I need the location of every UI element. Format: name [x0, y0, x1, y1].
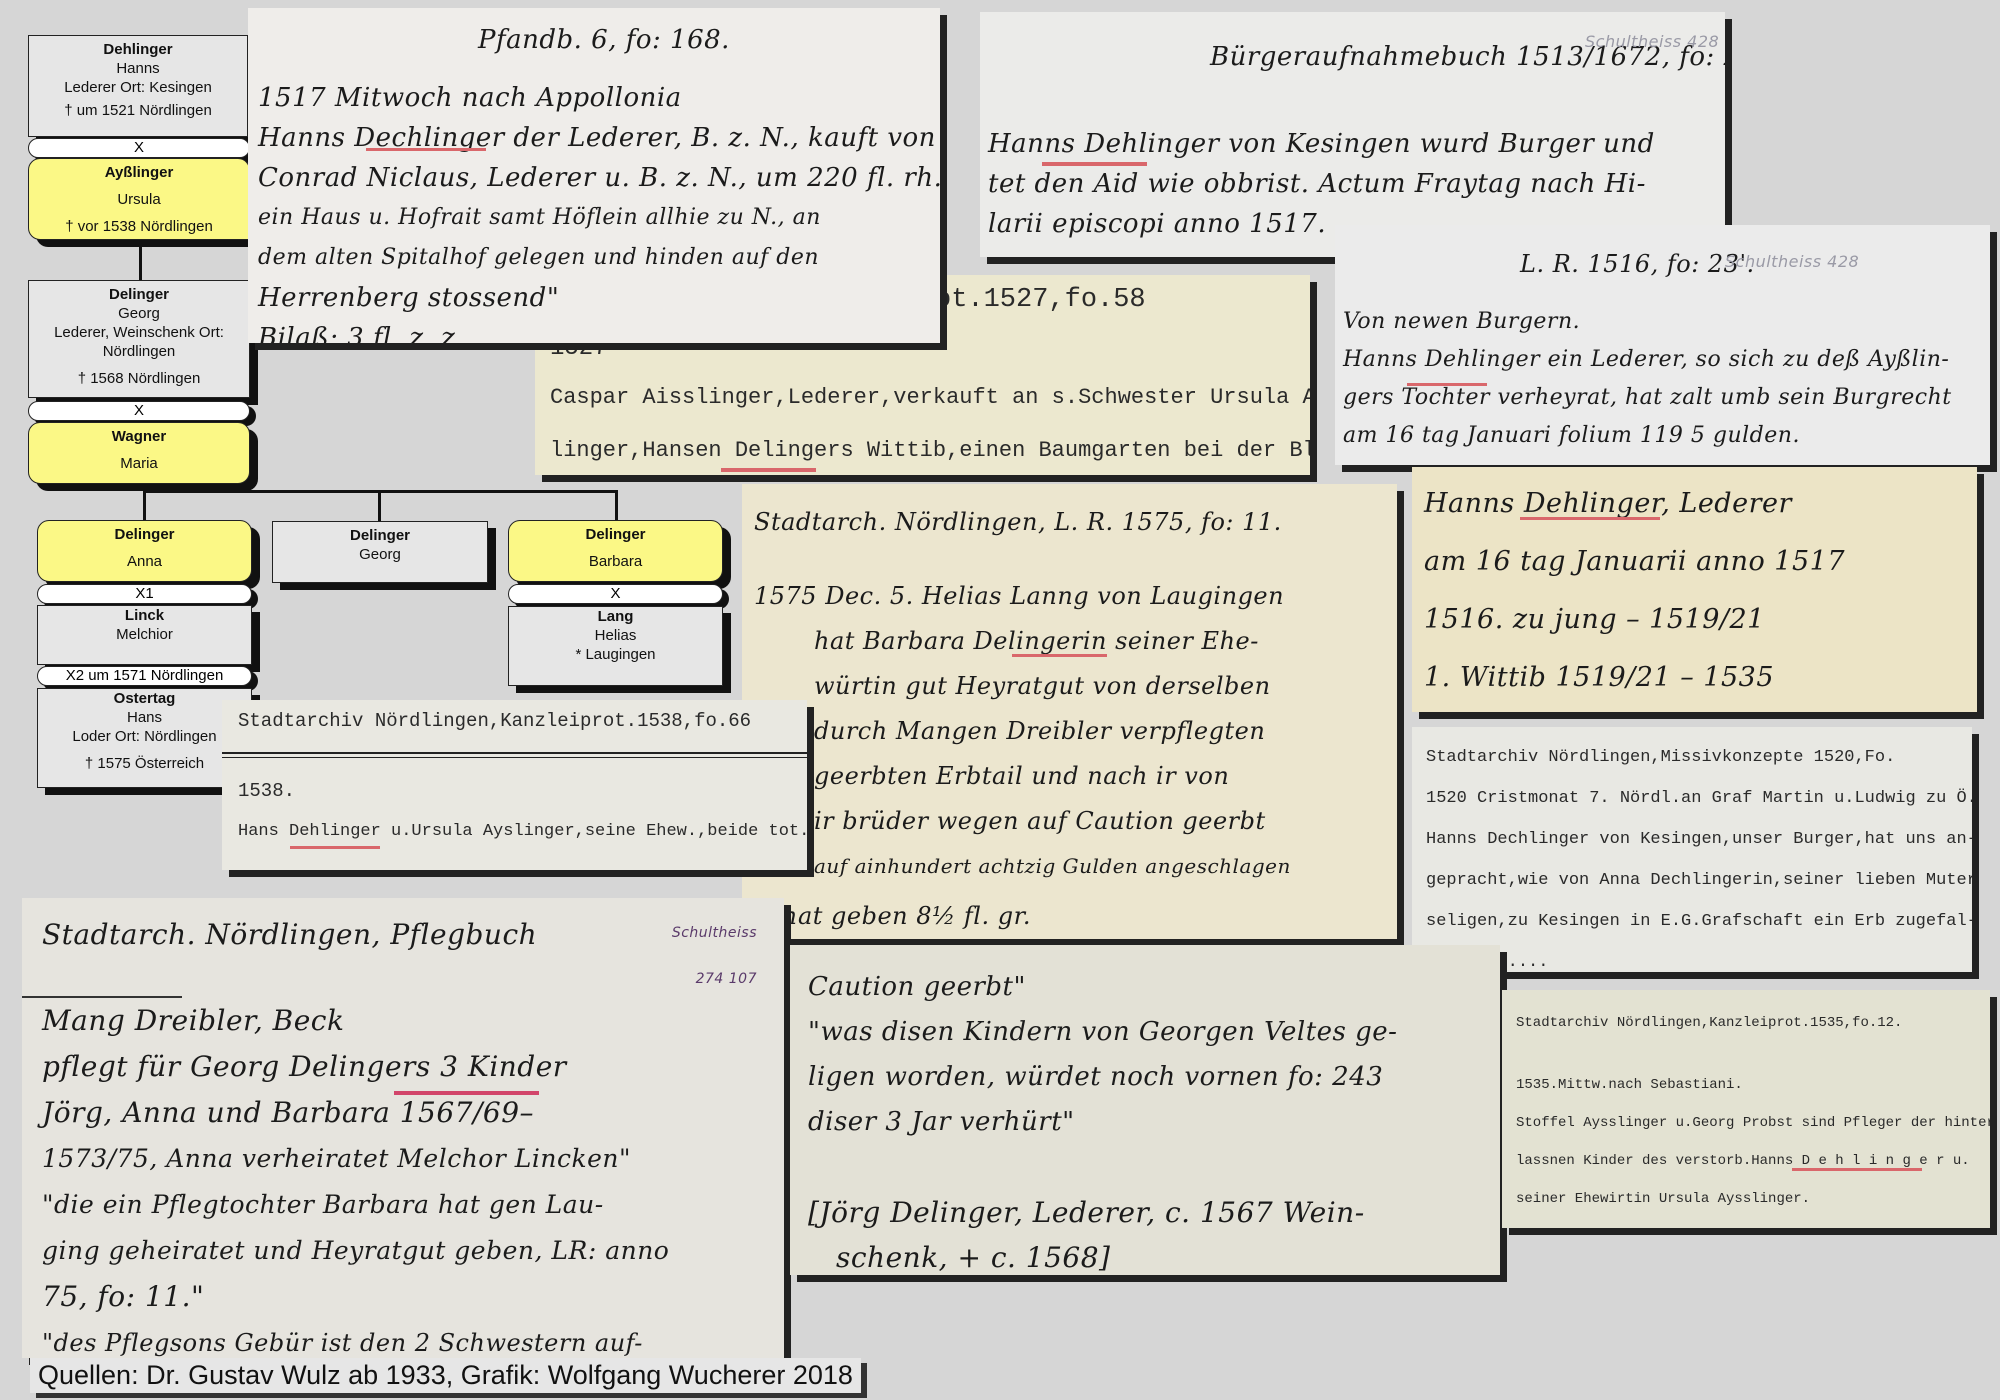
card-line: Caspar Aisslinger,Lederer,verkauft an s.… [550, 385, 1310, 410]
card-line: ein Haus u. Hofrait samt Höflein allhie … [258, 198, 940, 238]
card-lr-1516: L. R. 1516, fo: 23'. Schultheiss 428 Von… [1335, 225, 1990, 465]
given-name: Georg [273, 545, 487, 564]
card-body: Caution geerbt" "was disen Kindern von G… [808, 965, 1397, 1275]
surname: Delinger [273, 526, 487, 545]
surname: Ostertag [38, 689, 251, 708]
card-line: 1535.Mittw.nach Sebastiani. [1516, 1066, 1990, 1104]
occupation: Loder Ort: Nördlingen [38, 727, 251, 746]
card-line [808, 1145, 1397, 1190]
given-name: Barbara [509, 552, 722, 571]
card-line: Herrenberg stossend" [258, 278, 940, 318]
surname: Wagner [29, 427, 249, 446]
card-body: Von newen Burgern. Hanns Dehlinger ein L… [1343, 303, 1952, 455]
card-line: 1575 Dec. 5. Helias Lanng von Laugingen [754, 574, 1291, 619]
card-line: seiner Ehewirtin Ursula Aysslinger. [1516, 1180, 1990, 1218]
card-line: Hanns Dechlinger von Kesingen,unser Burg… [1426, 819, 1972, 860]
card-line: ligen worden, würdet noch vornen fo: 243 [808, 1055, 1397, 1100]
surname: Delinger [509, 525, 722, 544]
marriage-symbol: X [28, 138, 250, 158]
card-line: "die ein Pflegtochter Barbara hat gen La… [42, 1182, 669, 1228]
card-line: Stadtarchiv Nördlingen,Missivkonzepte 15… [1426, 737, 1972, 778]
red-underline [290, 846, 380, 849]
card-line: Hanns Dehlinger ein Lederer, so sich zu … [1343, 341, 1952, 379]
death-info: † 1575 Österreich [38, 754, 251, 773]
red-underline [1520, 517, 1660, 520]
person-hans-ostertag: Ostertag Hans Loder Ort: Nördlingen † 15… [37, 688, 252, 788]
card-line [1516, 1042, 1990, 1066]
card-line: lassnen Kinder des verstorb.Hanns D e h … [1516, 1142, 1990, 1180]
card-header: ot.1527,fo.58 [935, 285, 1146, 315]
given-name: Hanns [29, 59, 247, 78]
card-year: 1538. [238, 780, 295, 802]
card-summary: Hanns Dehlinger, Lederer am 16 tag Janua… [1412, 467, 1977, 712]
card-line: 1517 Mitwoch nach Appollonia [258, 78, 940, 118]
card-pflegbuch: Stadtarch. Nördlingen, Pflegbuch Schulth… [22, 898, 784, 1358]
death-info: † um 1521 Nördlingen [29, 101, 247, 120]
person-maria-wagner: Wagner Maria [28, 422, 250, 484]
card-line: schenk, + c. 1568] [808, 1235, 1397, 1275]
card-line: seligen,zu Kesingen in E.G.Grafschaft ei… [1426, 901, 1972, 942]
red-underline [1407, 383, 1487, 386]
death-info: † vor 1538 Nördlingen [29, 217, 249, 236]
given-name: Georg [29, 304, 249, 323]
card-line: Hanns Dehlinger, Lederer [1424, 475, 1845, 533]
marriage-symbol: X1 [37, 584, 252, 604]
card-line: "was disen Kindern von Georgen Veltes ge… [808, 1010, 1397, 1055]
card-line: Jörg, Anna und Barbara 1567/69– [42, 1090, 669, 1136]
card-body: 1575 Dec. 5. Helias Lanng von Laugingen … [754, 574, 1291, 889]
person-georg-delinger-sr: Delinger Georg Lederer, Weinschenk Ort: … [28, 280, 250, 398]
red-underline [366, 148, 486, 151]
red-underline [721, 468, 816, 472]
given-name: Anna [38, 552, 251, 571]
tree-connector [615, 490, 618, 522]
red-underline [1012, 654, 1107, 657]
card-line: 75, fo: 11." [42, 1274, 669, 1320]
card-body: Mang Dreibler, Beck pflegt für Georg Del… [42, 998, 669, 1358]
card-line: 1573/75, Anna verheiratet Melchor Lincke… [42, 1136, 669, 1182]
card-line: auf ainhundert achtzig Gulden angeschlag… [754, 844, 1291, 889]
occupation: Lederer, Weinschenk Ort: Nördlingen [29, 323, 249, 361]
card-body: 1517 Mitwoch nach Appollonia Hanns Dechl… [258, 78, 940, 343]
archive-stamp: Schultheiss 428 [1725, 243, 1859, 281]
card-line: 1520 Cristmonat 7. Nördl.an Graf Martin … [1426, 778, 1972, 819]
card-line: dem alten Spitalhof gelegen und hinden a… [258, 238, 940, 278]
card-line: Caution geerbt" [808, 965, 1397, 1010]
card-line: geerbten Erbtail und nach ir von [754, 754, 1291, 799]
archive-stamp: Schultheiss 274 107 [662, 910, 757, 1002]
card-caution: Caution geerbt" "was disen Kindern von G… [790, 945, 1500, 1275]
card-line: Hanns Dechlinger der Lederer, B. z. N., … [258, 118, 940, 158]
birth-info: * Laugingen [509, 645, 722, 664]
card-line: durch Mangen Dreibler verpflegten [754, 709, 1291, 754]
card-header: Stadtarch. Nördlingen, L. R. 1575, fo: 1… [754, 500, 1282, 545]
card-line: "des Pflegsons Gebür ist den 2 Schwester… [42, 1320, 669, 1358]
card-line: ir brüder wegen auf Caution geerbt [754, 799, 1291, 844]
card-missivkonzepte: Stadtarchiv Nördlingen,Missivkonzepte 15… [1412, 727, 1972, 972]
card-line: 1516. zu jung – 1519/21 [1424, 591, 1845, 649]
marriage-symbol: X [28, 401, 250, 421]
card-line: ging geheiratet und Heyratgut geben, LR:… [42, 1228, 669, 1274]
card-line: Bilaß: 3 fl. z. z. [258, 318, 940, 343]
person-melchior-linck: Linck Melchior [37, 605, 252, 665]
card-header: Stadtarchiv Nördlingen,Kanzleiprot.1538,… [238, 710, 751, 732]
person-hanns-dehlinger: Dehlinger Hanns Lederer Ort: Kesingen † … [28, 35, 248, 137]
card-line: pflegt für Georg Delingers 3 Kinder [42, 1044, 669, 1090]
card-pfandbuch: Pfandb. 6, fo: 168. 1517 Mitwoch nach Ap… [248, 8, 940, 343]
tree-connector [378, 490, 381, 522]
person-ursula-ayslinger: Ayßlinger Ursula † vor 1538 Nördlingen [28, 158, 250, 240]
divider [222, 752, 807, 758]
card-line: linger,Hansen Delingers Wittib,einen Bau… [550, 438, 1310, 463]
card-line: 1. Wittib 1519/21 – 1535 [1424, 649, 1845, 707]
card-line: hat geben 8½ fl. gr. [782, 894, 1031, 939]
card-line: Stoffel Aysslinger u.Georg Probst sind P… [1516, 1104, 1990, 1142]
death-info: † 1568 Nördlingen [29, 369, 249, 388]
person-anna-delinger: Delinger Anna [37, 520, 252, 582]
surname: Lang [509, 607, 722, 626]
person-barbara-delinger: Delinger Barbara [508, 520, 723, 582]
card-header: Pfandb. 6, fo: 168. [478, 20, 730, 60]
given-name: Helias [509, 626, 722, 645]
marriage-symbol: X [508, 584, 723, 604]
card-header: Stadtarch. Nördlingen, Pflegbuch [42, 912, 537, 958]
card-line: Stadtarchiv Nördlingen,Kanzleiprot.1535,… [1516, 1004, 1990, 1042]
given-name: Maria [29, 454, 249, 473]
card-line: würtin gut Heyratgut von derselben [754, 664, 1291, 709]
marriage-symbol: X2 um 1571 Nördlingen [37, 666, 252, 686]
card-kanzleiprot-1535: Stadtarchiv Nördlingen,Kanzleiprot.1535,… [1502, 990, 1990, 1228]
card-buergeraufnahmebuch: Bürgeraufnahmebuch 1513/1672, fo: 22'. S… [980, 12, 1725, 257]
red-underline [1042, 162, 1147, 166]
card-header: L. R. 1516, fo: 23'. [1520, 245, 1755, 283]
surname: Linck [38, 606, 251, 625]
card-line: Von newen Burgern. [1343, 303, 1952, 341]
card-line: hat Barbara Delingerin seiner Ehe- [754, 619, 1291, 664]
card-line: Conrad Niclaus, Lederer u. B. z. N., um … [258, 158, 940, 198]
surname: Delinger [29, 285, 249, 304]
person-georg-delinger-jr: Delinger Georg [272, 521, 488, 583]
card-line: [Jörg Delinger, Lederer, c. 1567 Wein- [808, 1190, 1397, 1235]
card-line: am 16 tag Januari folium 119 5 gulden. [1343, 417, 1952, 455]
given-name: Hans [38, 708, 251, 727]
card-body: Stadtarchiv Nördlingen,Kanzleiprot.1535,… [1516, 1004, 1990, 1218]
surname: Delinger [38, 525, 251, 544]
card-line: Hans Dehlinger u.Ursula Ayslinger,seine … [238, 822, 807, 841]
red-underline [1792, 1168, 1922, 1171]
card-lr-1575: Stadtarch. Nördlingen, L. R. 1575, fo: 1… [742, 484, 1397, 939]
card-body: Hanns Dehlinger, Lederer am 16 tag Janua… [1424, 475, 1845, 707]
card-body: Stadtarchiv Nördlingen,Missivkonzepte 15… [1426, 737, 1972, 972]
surname: Dehlinger [29, 40, 247, 59]
credits-footer: Quellen: Dr. Gustav Wulz ab 1933, Grafik… [30, 1358, 861, 1393]
card-line: Hanns Dehlinger von Kesingen wurd Burger… [988, 124, 1655, 164]
card-line: Mang Dreibler, Beck [42, 998, 669, 1044]
red-underline [394, 1091, 539, 1095]
person-helias-lang: Lang Helias * Laugingen [508, 606, 723, 686]
given-name: Ursula [29, 190, 249, 209]
card-line: diser 3 Jar verhürt" [808, 1100, 1397, 1145]
given-name: Melchior [38, 625, 251, 644]
card-line: gepracht,wie von Anna Dechlingerin,seine… [1426, 860, 1972, 901]
surname: Ayßlinger [29, 163, 249, 182]
card-line: tet den Aid wie obbrist. Actum Fraytag n… [988, 164, 1655, 204]
card-kanzleiprot-1538: Stadtarchiv Nördlingen,Kanzleiprot.1538,… [222, 700, 807, 870]
card-line: len seie.... [1426, 942, 1972, 972]
archive-stamp: Schultheiss 428 [1585, 22, 1719, 62]
occupation: Lederer Ort: Kesingen [29, 78, 247, 97]
tree-connector [139, 247, 142, 282]
card-line: am 16 tag Januarii anno 1517 [1424, 533, 1845, 591]
